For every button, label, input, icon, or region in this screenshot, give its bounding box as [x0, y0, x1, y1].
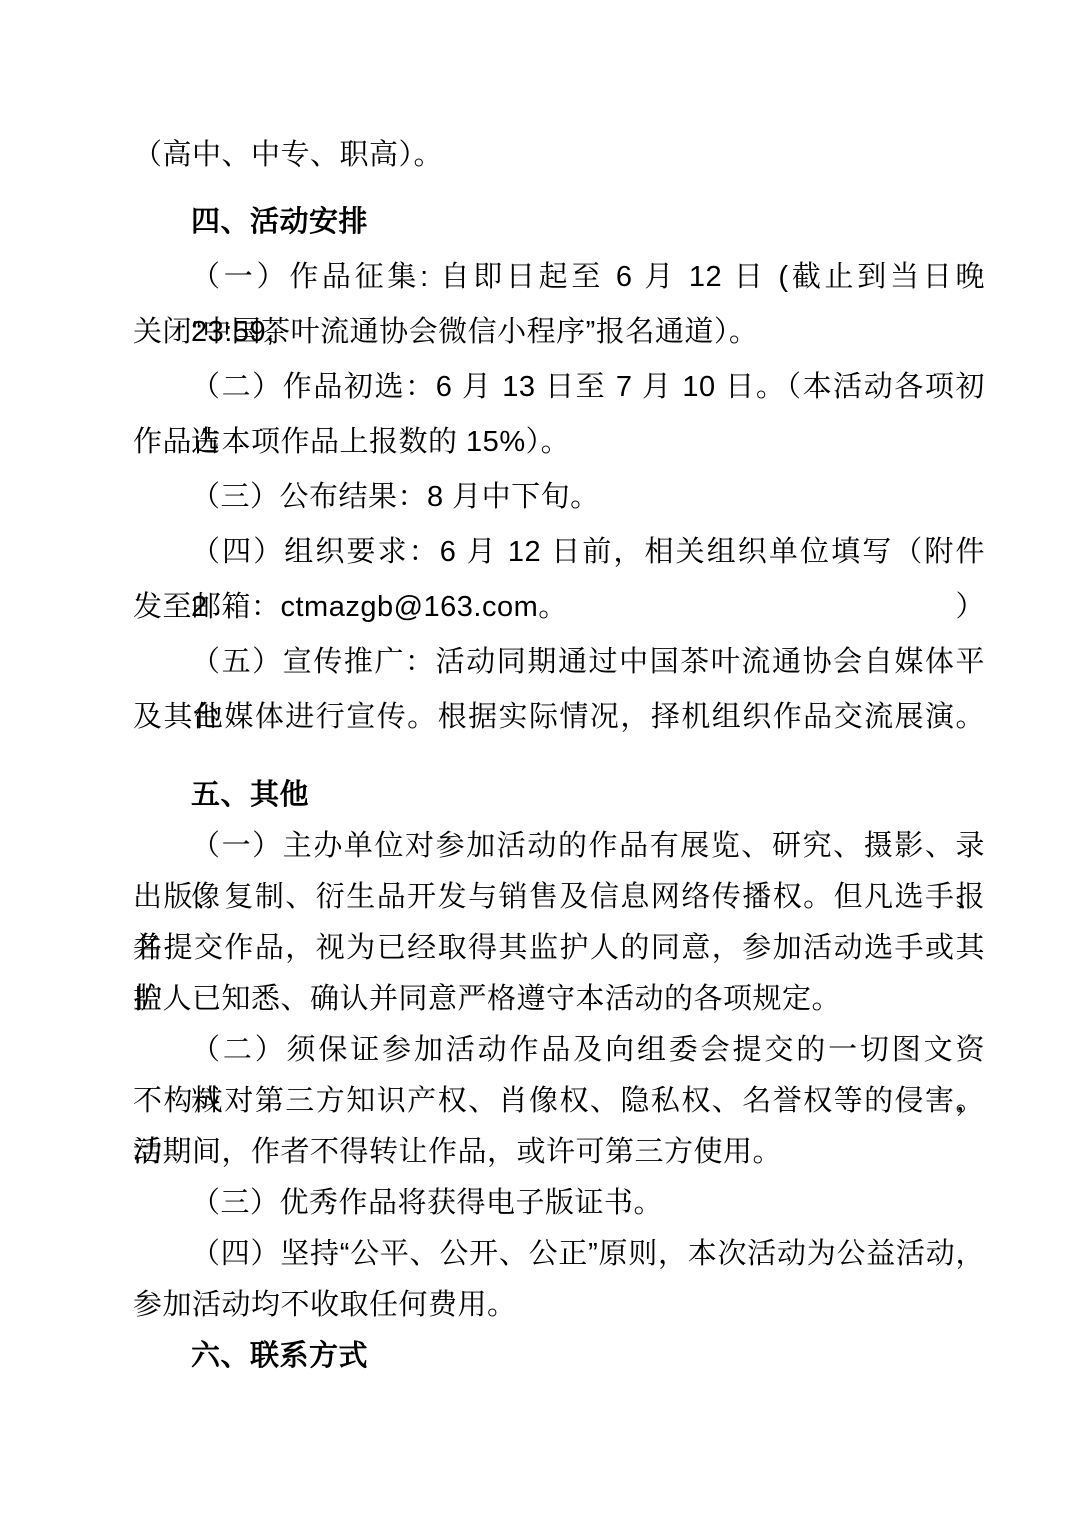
- text-line: 出版、复制、衍生品开发与销售及信息网络传播权。但凡选手报名: [133, 872, 985, 923]
- document-page: （高中、中专、职高）。四、活动安排（一）作品征集: 自即日起至 6 月 12 日…: [0, 0, 1080, 1526]
- text-line: 动期间，作者不得转让作品，或许可第三方使用。: [133, 1127, 985, 1178]
- text-line: 护人已知悉、确认并同意严格遵守本活动的各项规定。: [133, 974, 985, 1025]
- text-line: （四）组织要求：6 月 12 日前，相关组织单位填写（附件 2）: [133, 525, 985, 580]
- text-line: （四）坚持“公平、公开、公正”原则，本次活动为公益活动，: [133, 1229, 985, 1280]
- text-line: （三）优秀作品将获得电子版证书。: [133, 1178, 985, 1229]
- section-heading: 四、活动安排: [133, 195, 985, 250]
- text-line: 及其他媒体进行宣传。根据实际情况，择机组织作品交流展演。: [133, 690, 985, 745]
- text-line: （一）作品征集: 自即日起至 6 月 12 日 (截止到当日晚 23:59,: [133, 250, 985, 305]
- text-line: 作品占本项作品上报数的 15%）。: [133, 415, 985, 470]
- text-line: 参加活动均不收取任何费用。: [133, 1280, 985, 1331]
- section-heading: 五、其他: [133, 770, 985, 821]
- section-heading: 六、联系方式: [133, 1331, 985, 1382]
- text-line: （二）作品初选：6 月 13 日至 7 月 10 日。（本活动各项初选: [133, 360, 985, 415]
- text-line: 关闭“中国茶叶流通协会微信小程序”报名通道）。: [133, 305, 985, 360]
- text-line: （五）宣传推广：活动同期通过中国茶叶流通协会自媒体平台: [133, 635, 985, 690]
- text-line: （二）须保证参加活动作品及向组委会提交的一切图文资料，: [133, 1025, 985, 1076]
- text-line: （一）主办单位对参加活动的作品有展览、研究、摄影、录像、: [133, 821, 985, 872]
- text-line: （三）公布结果：8 月中下旬。: [133, 470, 985, 525]
- text-line: 并提交作品，视为已经取得其监护人的同意，参加活动选手或其监: [133, 923, 985, 974]
- text-line: 不构成对第三方知识产权、肖像权、隐私权、名誉权等的侵害。活: [133, 1076, 985, 1127]
- text-line: （高中、中专、职高）。: [133, 128, 985, 183]
- document-body: （高中、中专、职高）。四、活动安排（一）作品征集: 自即日起至 6 月 12 日…: [133, 128, 985, 1382]
